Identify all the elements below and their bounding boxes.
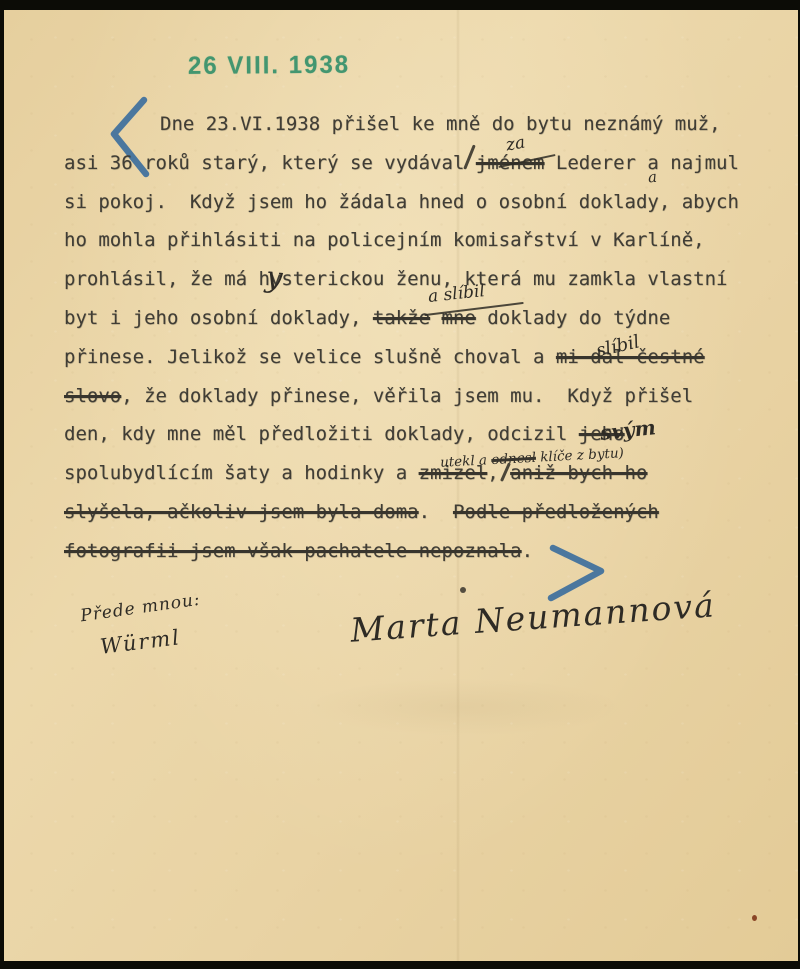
- typed-text-segment: si pokoj. Když jsem ho žádala hned o oso…: [64, 191, 739, 213]
- author-signature: Marta Neumannová: [349, 585, 717, 649]
- typed-text-segment: Lederer a najmul: [544, 152, 738, 174]
- ink-dot: [460, 587, 466, 593]
- typed-line: prohlásil, že má hysterickou ženu, která…: [64, 260, 774, 299]
- handwritten-correction-za: za: [504, 132, 526, 155]
- red-speck: [752, 915, 757, 921]
- typed-line: si pokoj. Když jsem ho žádala hned o oso…: [64, 183, 774, 222]
- typed-text: Dne 23.VI.1938 přišel ke mně do bytu nez…: [64, 105, 774, 571]
- typed-text-segment: prohlásil, že má hysterickou ženu, která…: [64, 268, 727, 290]
- typed-text-segment: [430, 307, 441, 329]
- paper-sheet: 26 VIII. 1938 Dne 23.VI.1938 přišel ke m…: [4, 10, 798, 961]
- struck-text: Podle předložených: [453, 501, 659, 523]
- typed-text-segment: přinese. Jelikož se velice slušně choval…: [64, 346, 556, 368]
- witness-signature: Würml: [99, 625, 182, 659]
- typed-text-segment: ho mohla přihlásiti na policejním komisa…: [64, 229, 705, 251]
- witness-label-handwriting: Přede mnou:: [79, 590, 202, 627]
- typed-line: slovo, že doklady přinese, věřila jsem m…: [64, 377, 774, 416]
- struck-text: slovo: [64, 385, 121, 407]
- typed-text-segment: asi 36 roků starý, který se vydával: [64, 152, 476, 174]
- typed-line: přinese. Jelikož se velice slušně choval…: [64, 338, 774, 377]
- typed-text-segment: .: [522, 540, 533, 562]
- struck-text: fotografii jsem však pachatele nepoznala: [64, 540, 522, 562]
- typed-text-segment: den, kdy mne měl předložiti doklady, odc…: [64, 423, 579, 445]
- typed-line: fotografii jsem však pachatele nepoznala…: [64, 532, 774, 571]
- scanned-letter-page: 26 VIII. 1938 Dne 23.VI.1938 přišel ke m…: [0, 0, 800, 969]
- typed-text-segment: Dne 23.VI.1938 přišel ke mně do bytu nez…: [160, 113, 721, 135]
- typed-text-segment: doklady do týdne: [476, 307, 670, 329]
- typed-line: spolubydlícím šaty a hodinky a zmizel, a…: [64, 454, 774, 493]
- struck-text: takže: [373, 307, 430, 329]
- typed-text-segment: spolubydlícím šaty a hodinky a: [64, 462, 419, 484]
- hand-note-segment: utekl a: [440, 452, 492, 471]
- typed-text-segment: byt i jeho osobní doklady,: [64, 307, 373, 329]
- typed-line: den, kdy mne měl předložiti doklady, odc…: [64, 415, 774, 454]
- typed-text-segment: , že doklady přinese, věřila jsem mu. Kd…: [121, 385, 693, 407]
- typed-line: asi 36 roků starý, který se vydával jmén…: [64, 144, 774, 183]
- hand-note-struck: odnesl: [491, 450, 536, 468]
- struck-text: slyšela, ačkoliv jsem byla doma: [64, 501, 419, 523]
- date-stamp: 26 VIII. 1938: [188, 51, 350, 81]
- handwritten-insert-a: a: [647, 168, 658, 187]
- typed-line: slyšela, ačkoliv jsem byla doma. Podle p…: [64, 493, 774, 532]
- ink-ghost-smudge: [304, 678, 624, 736]
- typed-line: byt i jeho osobní doklady, takže mne dok…: [64, 299, 774, 338]
- typed-line: Dne 23.VI.1938 přišel ke mně do bytu nez…: [64, 105, 774, 144]
- typed-line: ho mohla přihlásiti na policejním komisa…: [64, 221, 774, 260]
- typed-text-segment: .: [419, 501, 453, 523]
